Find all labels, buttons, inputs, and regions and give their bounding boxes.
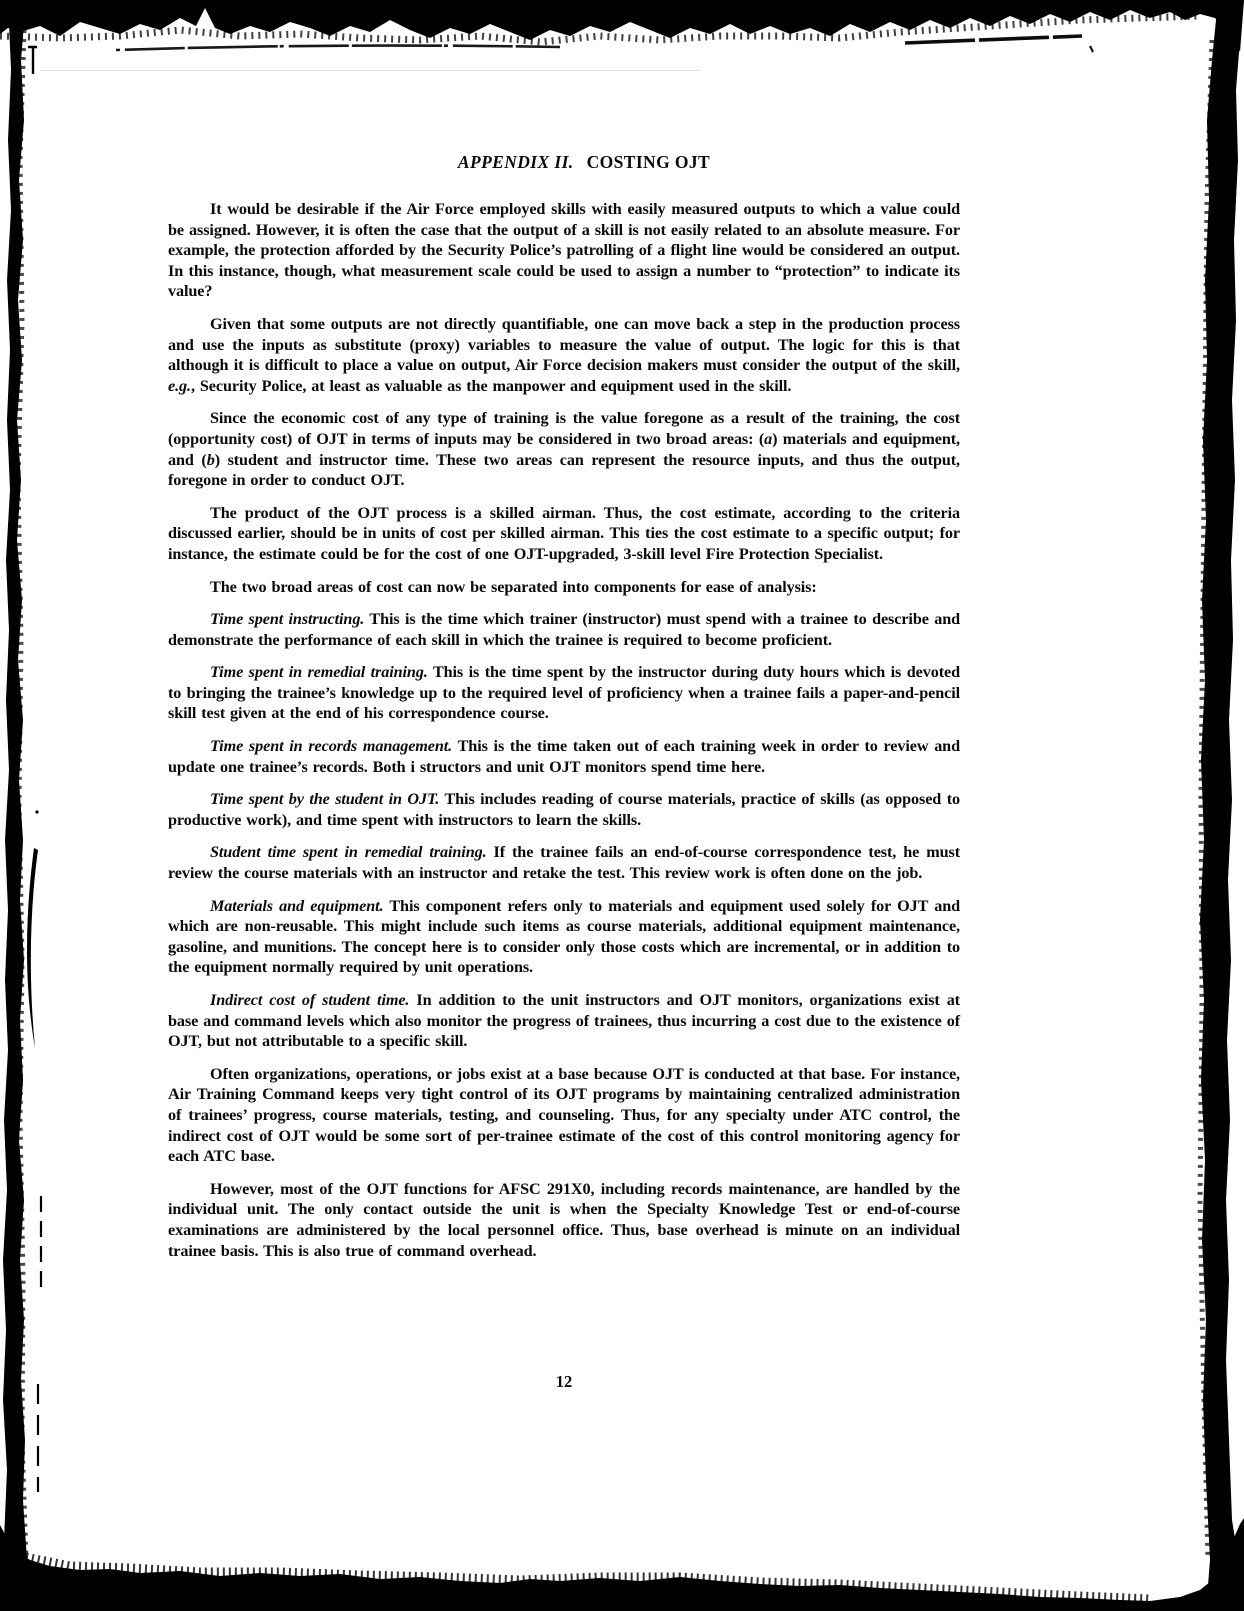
scan-noise-top-edge xyxy=(0,0,1244,72)
appendix-label: APPENDIX II. xyxy=(458,152,574,172)
paragraph: Time spent by the student in OJT. This i… xyxy=(168,789,960,830)
paragraph: Time spent in remedial training. This is… xyxy=(168,662,960,724)
document-page: APPENDIX II.COSTING OJT It would be desi… xyxy=(168,152,960,1273)
paragraph: The two broad areas of cost can now be s… xyxy=(168,577,960,598)
paragraph: The product of the OJT process is a skil… xyxy=(168,503,960,565)
page-title: APPENDIX II.COSTING OJT xyxy=(208,152,960,173)
scratch-line-right xyxy=(905,36,1082,43)
paragraph: Time spent in records management. This i… xyxy=(168,736,960,777)
paragraph: However, most of the OJT functions for A… xyxy=(168,1179,960,1261)
title-text: COSTING OJT xyxy=(587,152,711,172)
page-number: 12 xyxy=(168,1372,960,1392)
paragraph: Since the economic cost of any type of t… xyxy=(168,408,960,490)
paragraph: Given that some outputs are not directly… xyxy=(168,314,960,396)
pen-stroke-mark xyxy=(27,848,38,1048)
scan-noise-left-edge xyxy=(0,0,44,1611)
scan-noise-bottom-edge xyxy=(0,1511,1244,1611)
paragraph: Student time spent in remedial training.… xyxy=(168,842,960,883)
paragraph: Often organizations, operations, or jobs… xyxy=(168,1064,960,1167)
paragraph: Materials and equipment. This component … xyxy=(168,896,960,978)
scan-faint-line xyxy=(40,70,700,71)
scratch-line-left xyxy=(116,46,560,50)
paragraph: Indirect cost of student time. In additi… xyxy=(168,990,960,1052)
paragraph: It would be desirable if the Air Force e… xyxy=(168,199,960,302)
paragraph: Time spent instructing. This is the time… xyxy=(168,609,960,650)
body-paragraphs: It would be desirable if the Air Force e… xyxy=(168,199,960,1261)
